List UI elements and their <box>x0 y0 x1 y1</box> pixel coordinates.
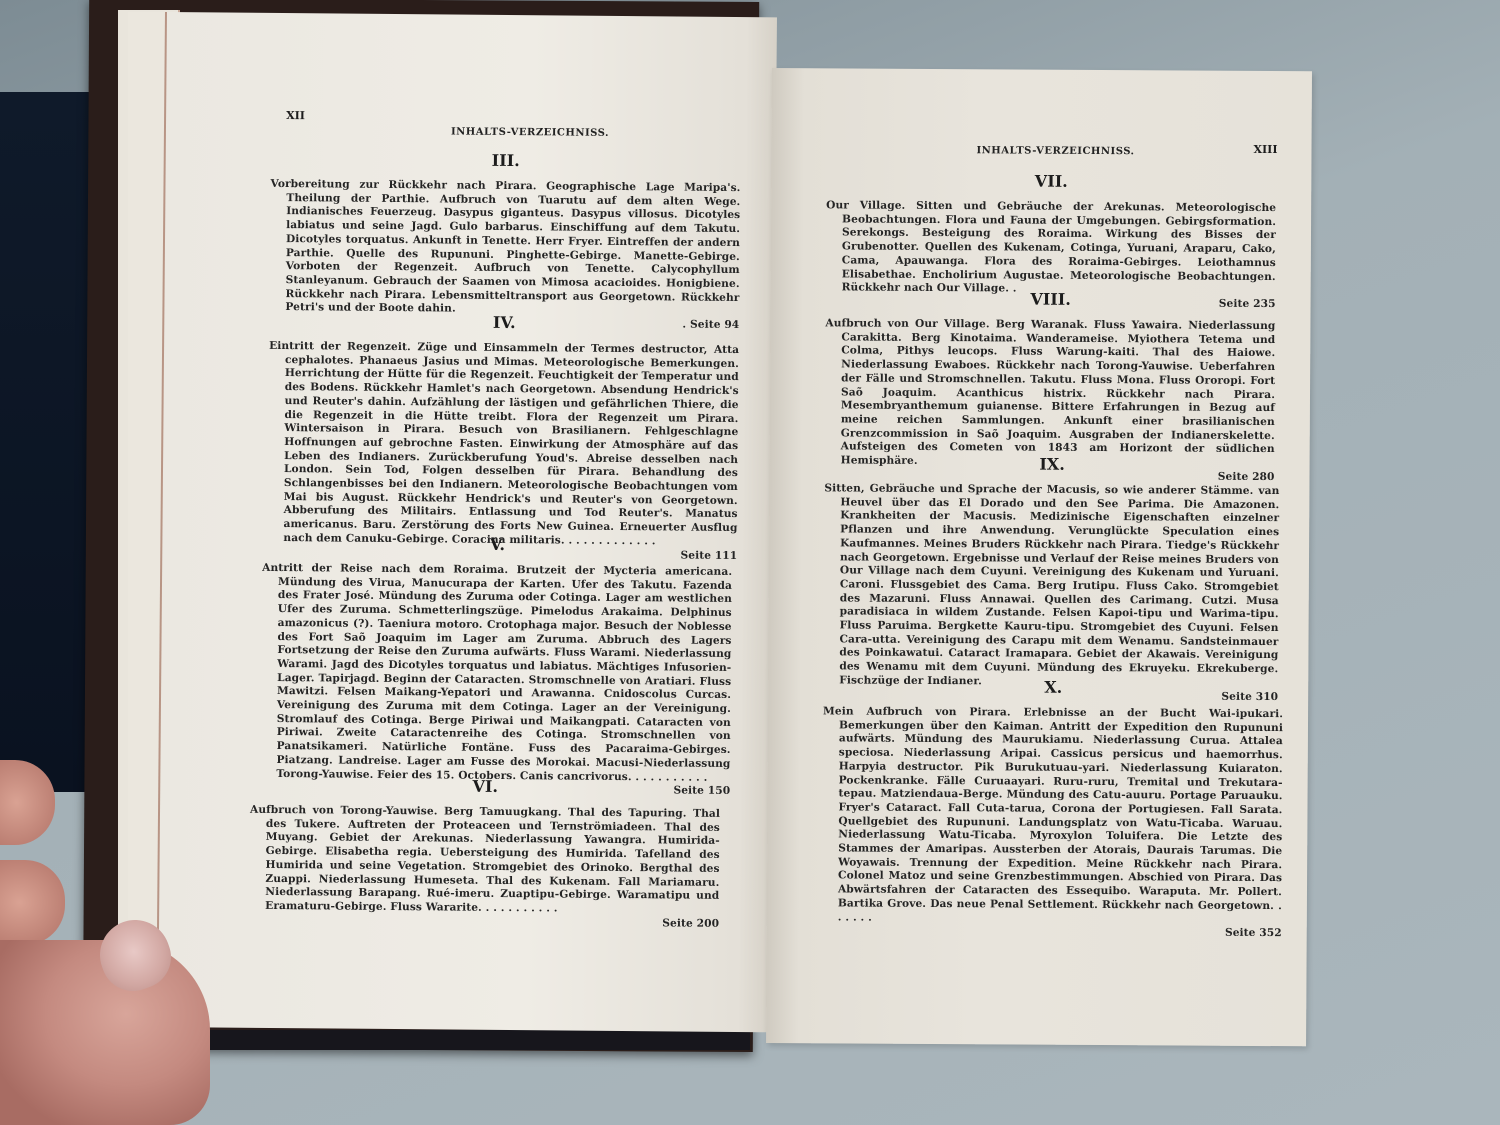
section-text: Antritt der Reise nach dem Roraima. Brut… <box>260 562 732 799</box>
section-numeral: III. <box>271 149 741 172</box>
running-head: INHALTS-VERZEICHNISS. <box>451 127 609 139</box>
section-text: Mein Aufbruch von Pirara. Erlebnisse an … <box>822 705 1283 941</box>
section-text: Sitten, Gebräuche und Sprache der Macusi… <box>823 482 1279 704</box>
section-numeral: X. <box>823 676 1283 698</box>
section-numeral: IX. <box>825 453 1280 475</box>
page-reference: Seite 200 <box>265 914 719 932</box>
section-text: Eintritt der Regenzeit. Züge und Einsamm… <box>267 340 739 563</box>
section-numeral: IV. <box>269 311 739 334</box>
toc-section-v: V. Antritt der Reise nach dem Roraima. B… <box>260 533 732 799</box>
page-number: XIII <box>1253 143 1277 156</box>
section-numeral: VII. <box>826 170 1276 192</box>
section-numeral: V. <box>262 533 732 556</box>
toc-section-iii: III. Vorbereitung zur Rückkehr nach Pira… <box>269 149 741 333</box>
page-reference: Seite 352 <box>838 925 1282 941</box>
page-number: XII <box>286 109 305 122</box>
left-page: XII INHALTS-VERZEICHNISS. III. Vorbereit… <box>156 12 777 1032</box>
section-numeral: VI. <box>250 775 720 798</box>
right-page: INHALTS-VERZEICHNISS. XIII VII. Our Vill… <box>766 68 1312 1046</box>
section-text: Vorbereitung zur Rückkehr nach Pirara. G… <box>269 178 740 333</box>
section-text: Aufbruch von Torong-Yauwise. Berg Tamuug… <box>249 804 720 931</box>
toc-section-vi: VI. Aufbruch von Torong-Yauwise. Berg Ta… <box>249 775 720 931</box>
toc-section-iv: IV. Eintritt der Regenzeit. Züge und Ein… <box>267 311 739 563</box>
toc-section-x: X. Mein Aufbruch von Pirara. Erlebnisse … <box>822 676 1284 941</box>
running-head: INHALTS-VERZEICHNISS. <box>976 145 1134 157</box>
section-numeral: VIII. <box>826 288 1276 310</box>
toc-section-ix: IX. Sitten, Gebräuche und Sprache der Ma… <box>823 453 1280 704</box>
